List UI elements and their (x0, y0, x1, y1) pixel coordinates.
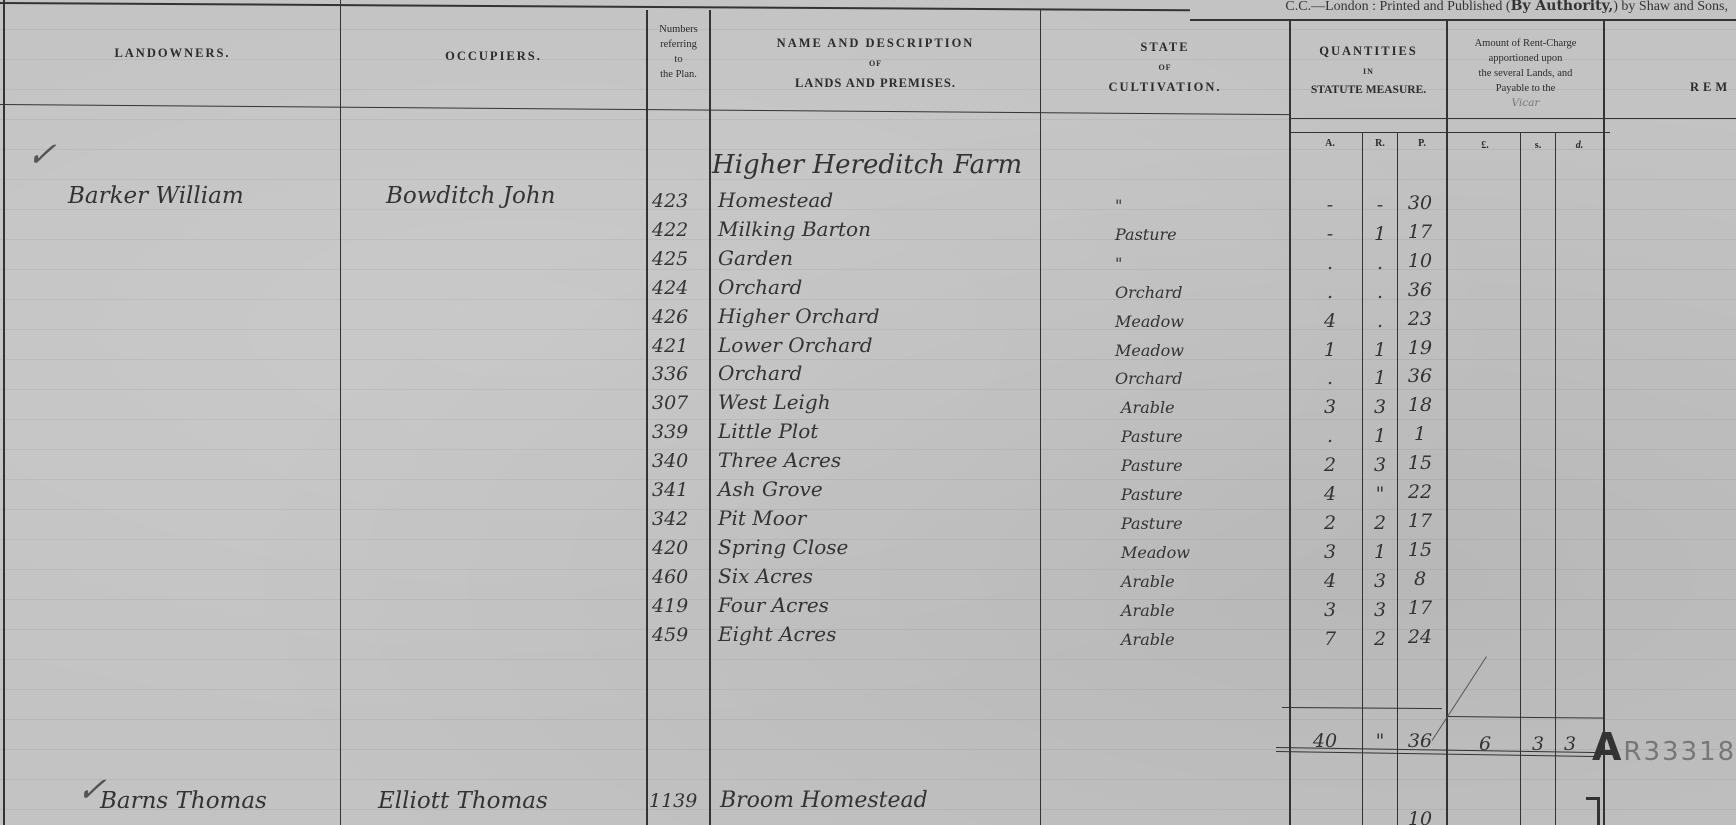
unit-roods: R. (1363, 138, 1397, 149)
roods-value: - (1360, 194, 1400, 216)
land-description: Six Acres (718, 564, 813, 588)
col-line-numbers-name (709, 10, 711, 825)
land-description-2: Broom Homestead (720, 788, 928, 813)
roods-value: 1 (1360, 339, 1400, 361)
bracket-mark (1597, 797, 1600, 825)
total-pounds: 6 (1465, 733, 1505, 755)
plan-number-2: 1139 (649, 790, 697, 812)
stamp-letter: A (1592, 725, 1623, 769)
roods-value: 3 (1360, 396, 1400, 418)
unit-pence: d. (1556, 140, 1603, 151)
plan-number: 423 (652, 190, 688, 212)
plan-number: 424 (652, 277, 688, 299)
acres-value: 4 (1310, 570, 1350, 592)
roods-value: . (1360, 281, 1400, 303)
land-description: Higher Orchard (718, 304, 880, 328)
roods-value: 2 (1360, 628, 1400, 650)
acres-value: 4 (1310, 483, 1350, 505)
cultivation-state: Pasture (1121, 514, 1183, 533)
col-line-occupier-numbers (646, 10, 648, 825)
header-state-line1: STATE (1041, 40, 1289, 55)
roods-value: 3 (1360, 454, 1400, 476)
roods-value: 2 (1360, 512, 1400, 534)
perches-value: 24 (1400, 626, 1440, 648)
roods-value: " (1360, 483, 1400, 505)
printer-imprint: C.C.—London : Printed and Published (By … (1285, 0, 1728, 15)
roods-value: 1 (1360, 541, 1400, 563)
header-numbers-line4: the Plan. (648, 67, 709, 82)
perches-value: 30 (1400, 192, 1440, 214)
acres-value: - (1310, 223, 1350, 245)
roods-value: . (1360, 252, 1400, 274)
col-line-s-d (1555, 132, 1556, 825)
header-qty-in: IN (1291, 67, 1446, 76)
total-pence: 3 (1550, 733, 1590, 755)
cultivation-state: Arable (1121, 601, 1175, 620)
cultivation-state: " (1115, 196, 1122, 215)
cultivation-state: Arable (1121, 398, 1175, 417)
land-description: Four Acres (718, 593, 829, 617)
header-name-line2: LANDS AND PREMISES. (711, 76, 1040, 91)
amount-top-rule (1446, 716, 1604, 719)
col-line-l-s (1520, 132, 1521, 825)
land-description: Milking Barton (718, 217, 871, 241)
header-amount-line1: Amount of Rent-Charge (1448, 36, 1603, 51)
plan-number: 307 (652, 392, 688, 414)
unit-acres: A. (1300, 138, 1360, 149)
unit-pounds: £. (1450, 140, 1520, 151)
land-description: Ash Grove (718, 477, 823, 501)
acres-value: . (1310, 281, 1350, 303)
acres-value: 4 (1310, 310, 1350, 332)
total-roods: " (1360, 730, 1400, 752)
plan-number: 339 (652, 421, 688, 443)
cultivation-state: Orchard (1115, 369, 1182, 388)
header-numbers-line1: Numbers (648, 22, 709, 37)
col-line-qty-amount (1446, 20, 1448, 825)
land-description: Homestead (718, 188, 833, 212)
header-landowners: LANDOWNERS. (5, 46, 340, 61)
col-line-owner-occupier (340, 0, 341, 825)
plan-number: 336 (652, 363, 688, 385)
header-numbers-line2: referring (648, 37, 709, 52)
plan-number: 459 (652, 624, 688, 646)
imprint-prefix: C.C.—London : Printed and Published ( (1285, 0, 1510, 14)
imprint-authority: By Authority, (1511, 0, 1614, 14)
plan-number: 460 (652, 566, 688, 588)
total-perches: 36 (1400, 730, 1440, 752)
total-acres: 40 (1305, 730, 1345, 752)
perches-value: 17 (1400, 597, 1440, 619)
plan-number: 341 (652, 479, 688, 501)
land-description: Little Plot (718, 419, 818, 443)
header-state-cultivation: STATE OF CULTIVATION. (1041, 40, 1289, 95)
cultivation-state: Arable (1121, 630, 1175, 649)
perches-value: 22 (1400, 481, 1440, 503)
perches-value: 15 (1400, 539, 1440, 561)
plan-number: 340 (652, 450, 688, 472)
plan-number: 426 (652, 306, 688, 328)
strike-line (1432, 656, 1487, 740)
plan-number: 419 (652, 595, 688, 617)
archive-reference-stamp: AR33318 (1592, 725, 1736, 769)
acres-value: . (1310, 367, 1350, 389)
roods-value: . (1360, 310, 1400, 332)
acres-value: 3 (1310, 541, 1350, 563)
cultivation-state: Pasture (1121, 456, 1183, 475)
landowner-name-2: Barns Thomas (100, 788, 267, 814)
acres-value: 1 (1310, 339, 1350, 361)
land-description: Lower Orchard (718, 333, 873, 357)
perches-value: 36 (1400, 279, 1440, 301)
header-numbers: Numbers referring to the Plan. (648, 22, 709, 82)
col-line-name-state (1040, 10, 1041, 825)
perches-value: 17 (1400, 221, 1440, 243)
top-rule-right (1190, 19, 1736, 21)
roods-value: 3 (1360, 570, 1400, 592)
check-tick-icon: ✓ (23, 135, 66, 175)
roods-value: 1 (1360, 367, 1400, 389)
unit-shillings: s. (1521, 140, 1555, 151)
acres-value: . (1310, 252, 1350, 274)
header-rule (0, 104, 1290, 115)
header-name-description: NAME AND DESCRIPTION OF LANDS AND PREMIS… (711, 36, 1040, 91)
plan-number: 342 (652, 508, 688, 530)
header-quantities: QUANTITIES IN STATUTE MEASURE. (1291, 44, 1446, 96)
land-description: West Leigh (718, 390, 831, 414)
bracket-mark-top (1586, 797, 1599, 800)
perches-value: 10 (1400, 250, 1440, 272)
cultivation-state: Pasture (1115, 225, 1177, 244)
roods-value: 3 (1360, 599, 1400, 621)
header-amount: Amount of Rent-Charge apportioned upon t… (1448, 36, 1603, 111)
perches-value: 1 (1400, 423, 1440, 445)
plan-number: 422 (652, 219, 688, 241)
perches-value: 18 (1400, 394, 1440, 416)
plan-number: 421 (652, 335, 688, 357)
tithe-apportionment-page: C.C.—London : Printed and Published (By … (0, 0, 1736, 825)
header-rule-right (1290, 118, 1736, 119)
farm-name: Higher Hereditch Farm (712, 150, 1022, 180)
header-amount-line3: the several Lands, and (1448, 66, 1603, 81)
occupier-name: Bowditch John (386, 183, 555, 209)
header-state-of: OF (1041, 63, 1289, 72)
col-line-amount-remarks (1603, 20, 1605, 825)
cultivation-state: Meadow (1115, 341, 1184, 360)
acres-value: 2 (1310, 454, 1350, 476)
header-name-line1: NAME AND DESCRIPTION (711, 36, 1040, 51)
land-description: Eight Acres (718, 622, 836, 646)
acres-value: 3 (1310, 599, 1350, 621)
header-occupiers: OCCUPIERS. (341, 49, 646, 64)
land-description: Spring Close (718, 535, 848, 559)
perches-2: 10 (1400, 808, 1440, 825)
unit-perches: P. (1398, 138, 1446, 149)
land-description: Orchard (718, 275, 802, 299)
occupier-name-2: Elliott Thomas (378, 788, 548, 814)
header-qty-line2: STATUTE MEASURE. (1291, 84, 1446, 96)
header-amount-payee: Vicar (1448, 96, 1603, 111)
landowner-name: Barker William (68, 183, 244, 209)
roods-value: 1 (1360, 223, 1400, 245)
units-rule (1290, 132, 1610, 133)
acres-value: 3 (1310, 396, 1350, 418)
land-description: Three Acres (718, 448, 841, 472)
land-description: Orchard (718, 361, 802, 385)
cultivation-state: Meadow (1121, 543, 1190, 562)
perches-value: 19 (1400, 337, 1440, 359)
perches-value: 8 (1400, 568, 1440, 590)
land-description: Garden (718, 246, 793, 270)
perches-value: 17 (1400, 510, 1440, 532)
acres-value: 7 (1310, 628, 1350, 650)
acres-value: 2 (1310, 512, 1350, 534)
imprint-suffix: ) by Shaw and Sons, (1613, 0, 1728, 14)
top-rule (0, 2, 1190, 11)
stamp-ref: R33318 (1623, 737, 1736, 767)
cultivation-state: Arable (1121, 572, 1175, 591)
cultivation-state: Pasture (1121, 427, 1183, 446)
header-amount-line2: apportioned upon (1448, 51, 1603, 66)
header-qty-line1: QUANTITIES (1291, 44, 1446, 59)
roods-value: 1 (1360, 425, 1400, 447)
acres-value: . (1310, 425, 1350, 447)
col-line-left (3, 0, 5, 825)
header-remarks: REM (1690, 80, 1736, 95)
cultivation-state: Orchard (1115, 283, 1182, 302)
cultivation-state: " (1115, 254, 1122, 273)
perches-value: 15 (1400, 452, 1440, 474)
plan-number: 425 (652, 248, 688, 270)
header-state-line2: CULTIVATION. (1041, 80, 1289, 95)
plan-number: 420 (652, 537, 688, 559)
land-description: Pit Moor (718, 506, 806, 530)
cultivation-state: Pasture (1121, 485, 1183, 504)
perches-value: 36 (1400, 365, 1440, 387)
col-line-state-qty (1289, 20, 1291, 825)
header-amount-line4: Payable to the (1448, 81, 1603, 96)
perches-value: 23 (1400, 308, 1440, 330)
header-numbers-line3: to (648, 52, 709, 67)
acres-value: - (1310, 194, 1350, 216)
header-name-of: OF (711, 59, 1040, 68)
cultivation-state: Meadow (1115, 312, 1184, 331)
